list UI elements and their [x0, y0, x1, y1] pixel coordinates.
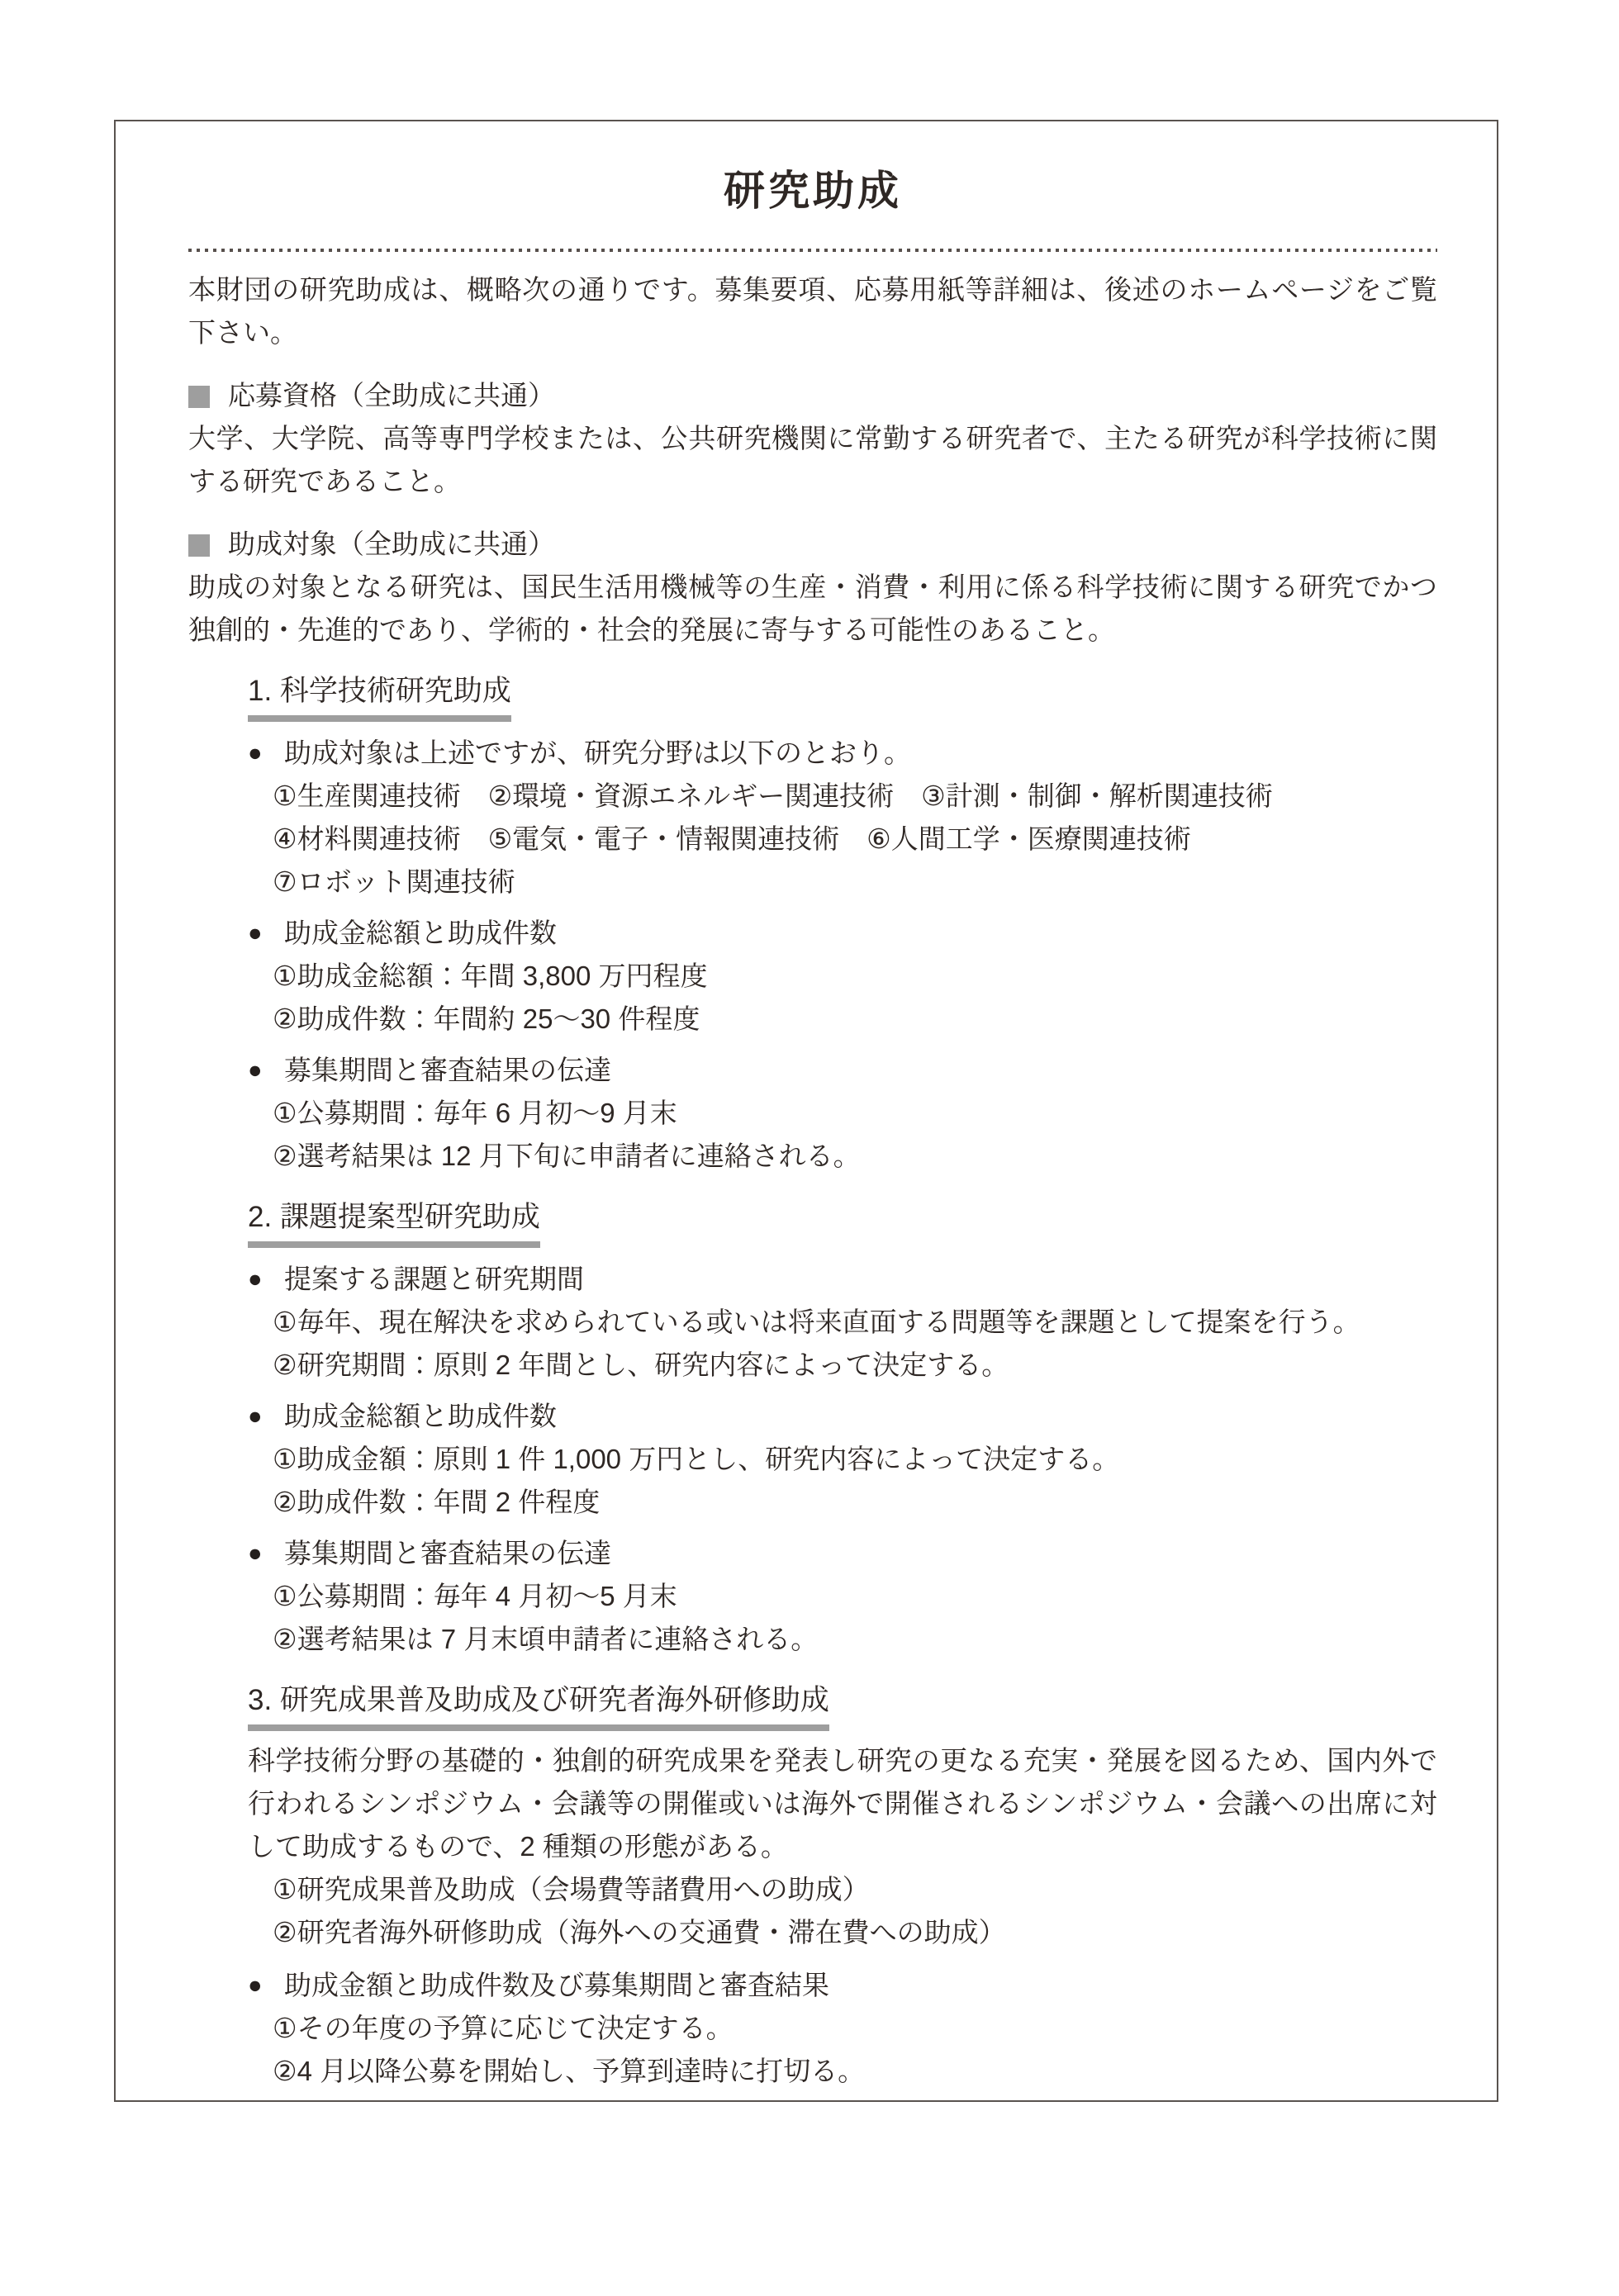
- detail-line: ①公募期間：毎年 6 月初～9 月末: [248, 1092, 1437, 1135]
- detail-line: ①生産関連技術 ②環境・資源エネルギー関連技術 ③計測・制御・解析関連技術: [248, 775, 1437, 818]
- detail-line: ①その年度の予算に応じて決定する。: [248, 2007, 1437, 2050]
- dotted-divider: [188, 249, 1437, 252]
- detail-line: ④材料関連技術 ⑤電気・電子・情報関連技術 ⑥人間工学・医療関連技術: [248, 818, 1437, 861]
- circle-bullet-icon: ●: [248, 1395, 284, 1438]
- detail-line: ①助成金総額：年間 3,800 万円程度: [248, 955, 1437, 998]
- section-body-text: 助成の対象となる研究は、国民生活用機械等の生産・消費・利用に係る科学技術に関する…: [188, 566, 1437, 652]
- bullet-heading-row: ● 助成対象は上述ですが、研究分野は以下のとおり。: [248, 732, 1437, 775]
- gray-square-bullet-icon: [188, 386, 210, 408]
- subsection-science-tech-grant: 1. 科学技術研究助成 ● 助成対象は上述ですが、研究分野は以下のとおり。 ①生…: [248, 671, 1437, 1178]
- detail-line: ②助成件数：年間約 25～30 件程度: [248, 998, 1437, 1041]
- gray-square-bullet-icon: [188, 534, 210, 557]
- detail-line: ②選考結果は 7 月末頃申請者に連絡される。: [248, 1618, 1437, 1661]
- detail-line: ①研究成果普及助成（会場費等諸費用への助成）: [248, 1868, 1437, 1911]
- bullet-heading-row: ● 募集期間と審査結果の伝達: [248, 1532, 1437, 1575]
- document-page: { "doc": { "title": "研究助成", "lead": "本財団…: [0, 0, 1619, 2296]
- section-eligibility: 応募資格（全助成に共通） 大学、大学院、高等専門学校または、公共研究機関に常勤す…: [188, 374, 1437, 503]
- bullet-heading-text: 助成金総額と助成件数: [284, 912, 557, 955]
- document-content: 研究助成 本財団の研究助成は、概略次の通りです。募集要項、応募用紙等詳細は、後述…: [116, 166, 1497, 2093]
- bullet-heading-row: ● 助成金総額と助成件数: [248, 1395, 1437, 1438]
- bullet-heading-text: 助成対象は上述ですが、研究分野は以下のとおり。: [284, 732, 911, 775]
- section-heading-text: 助成対象（全助成に共通）: [228, 523, 555, 566]
- document-border-frame: 研究助成 本財団の研究助成は、概略次の通りです。募集要項、応募用紙等詳細は、後述…: [114, 120, 1498, 2102]
- bullet-group: ● 募集期間と審査結果の伝達 ①公募期間：毎年 4 月初～5 月末 ②選考結果は…: [248, 1532, 1437, 1661]
- bullet-heading-text: 助成金総額と助成件数: [284, 1395, 557, 1438]
- detail-line: ②研究期間：原則 2 年間とし、研究内容によって決定する。: [248, 1344, 1437, 1387]
- subsection-proposal-grant: 2. 課題提案型研究助成 ● 提案する課題と研究期間 ①毎年、現在解決を求められ…: [248, 1198, 1437, 1661]
- bullet-group: ● 提案する課題と研究期間 ①毎年、現在解決を求められている或いは将来直面する問…: [248, 1258, 1437, 1387]
- subsection-heading: 1. 科学技術研究助成: [248, 671, 511, 722]
- bullet-heading-row: ● 募集期間と審査結果の伝達: [248, 1049, 1437, 1092]
- detail-line: ①毎年、現在解決を求められている或いは将来直面する問題等を課題として提案を行う。: [248, 1301, 1437, 1344]
- detail-line: ①公募期間：毎年 4 月初～5 月末: [248, 1575, 1437, 1618]
- bullet-group: ● 助成金総額と助成件数 ①助成金額：原則 1 件 1,000 万円とし、研究内…: [248, 1395, 1437, 1524]
- detail-line: ②選考結果は 12 月下旬に申請者に連絡される。: [248, 1135, 1437, 1178]
- lead-paragraph: 本財団の研究助成は、概略次の通りです。募集要項、応募用紙等詳細は、後述のホームペ…: [188, 268, 1437, 354]
- circle-bullet-icon: ●: [248, 1049, 284, 1092]
- subsection-dissemination-overseas-grant: 3. 研究成果普及助成及び研究者海外研修助成 科学技術分野の基礎的・独創的研究成…: [248, 1681, 1437, 2093]
- bullet-heading-row: ● 助成金総額と助成件数: [248, 912, 1437, 955]
- detail-line: ②助成件数：年間 2 件程度: [248, 1481, 1437, 1524]
- subsection-paragraph: 科学技術分野の基礎的・独創的研究成果を発表し研究の更なる充実・発展を図るため、国…: [248, 1739, 1437, 1868]
- bullet-group: ● 助成金額と助成件数及び募集期間と審査結果 ①その年度の予算に応じて決定する。…: [248, 1964, 1437, 2093]
- paragraph-item-list: ①研究成果普及助成（会場費等諸費用への助成） ②研究者海外研修助成（海外への交通…: [248, 1868, 1437, 1954]
- subsection-heading: 2. 課題提案型研究助成: [248, 1198, 540, 1248]
- bullet-heading-text: 助成金額と助成件数及び募集期間と審査結果: [284, 1964, 829, 2007]
- bullet-group: ● 助成金総額と助成件数 ①助成金総額：年間 3,800 万円程度 ②助成件数：…: [248, 912, 1437, 1041]
- bullet-group: ● 助成対象は上述ですが、研究分野は以下のとおり。 ①生産関連技術 ②環境・資源…: [248, 732, 1437, 904]
- bullet-heading-text: 募集期間と審査結果の伝達: [284, 1049, 611, 1092]
- detail-line: ②研究者海外研修助成（海外への交通費・滞在費への助成）: [248, 1911, 1437, 1954]
- section-heading-text: 応募資格（全助成に共通）: [228, 374, 555, 417]
- page-title: 研究助成: [188, 166, 1437, 216]
- bullet-heading-row: ● 助成金額と助成件数及び募集期間と審査結果: [248, 1964, 1437, 2007]
- section-heading-row: 応募資格（全助成に共通）: [188, 374, 1437, 417]
- section-heading-row: 助成対象（全助成に共通）: [188, 523, 1437, 566]
- circle-bullet-icon: ●: [248, 732, 284, 775]
- bullet-heading-row: ● 提案する課題と研究期間: [248, 1258, 1437, 1301]
- bullet-heading-text: 募集期間と審査結果の伝達: [284, 1532, 611, 1575]
- circle-bullet-icon: ●: [248, 912, 284, 955]
- circle-bullet-icon: ●: [248, 1532, 284, 1575]
- detail-line: ①助成金額：原則 1 件 1,000 万円とし、研究内容によって決定する。: [248, 1438, 1437, 1481]
- circle-bullet-icon: ●: [248, 1258, 284, 1301]
- circle-bullet-icon: ●: [248, 1964, 284, 2007]
- bullet-group: ● 募集期間と審査結果の伝達 ①公募期間：毎年 6 月初～9 月末 ②選考結果は…: [248, 1049, 1437, 1178]
- bullet-heading-text: 提案する課題と研究期間: [284, 1258, 584, 1301]
- detail-line: ⑦ロボット関連技術: [248, 861, 1437, 904]
- subsection-heading: 3. 研究成果普及助成及び研究者海外研修助成: [248, 1681, 829, 1731]
- section-grant-target: 助成対象（全助成に共通） 助成の対象となる研究は、国民生活用機械等の生産・消費・…: [188, 523, 1437, 652]
- detail-line: ②4 月以降公募を開始し、予算到達時に打切る。: [248, 2050, 1437, 2093]
- section-body-text: 大学、大学院、高等専門学校または、公共研究機関に常勤する研究者で、主たる研究が科…: [188, 417, 1437, 503]
